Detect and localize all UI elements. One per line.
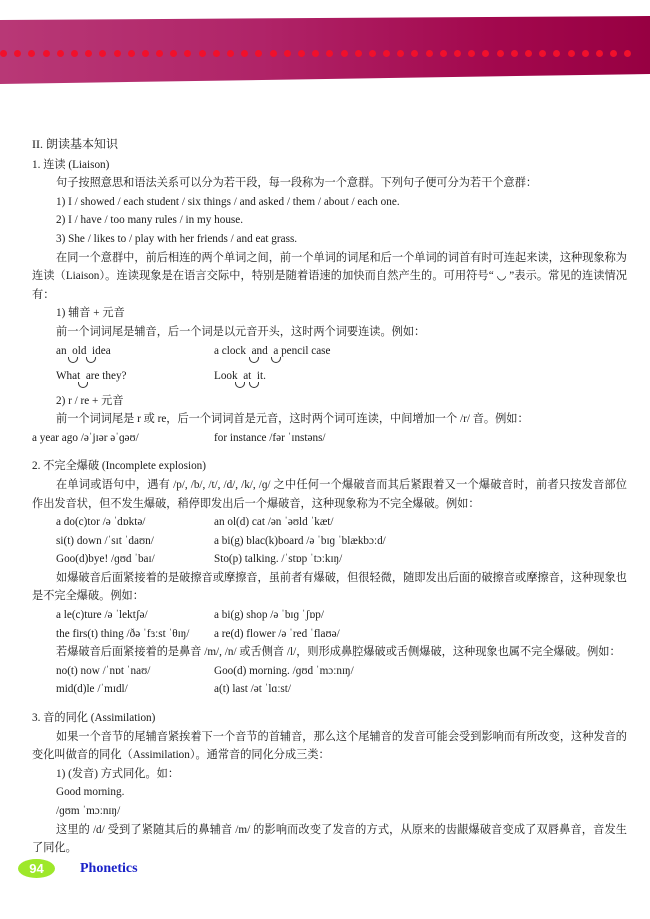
incomplete-explosion-intro: 在单词或语句中，遇有 /p/, /b/, /t/, /d/, /k/, /ɡ/ … (32, 476, 627, 513)
banner-dot-icon (213, 50, 220, 57)
section-title: II. 朗读基本知识 (32, 135, 627, 154)
banner-dot-icon (28, 50, 35, 57)
banner-dot-icon (610, 50, 617, 57)
nasal-explanation: 若爆破音后面紧接着的是鼻音 /m/, /n/ 或舌侧音 /l/，则形成鼻腔爆破或… (32, 643, 627, 662)
banner-dot-icon (170, 50, 177, 57)
banner-dot-icon (525, 50, 532, 57)
banner-dot-icon (99, 50, 106, 57)
assimilation-type1: 1) (发音) 方式同化。如： (32, 765, 627, 784)
banner-dot-icon (596, 50, 603, 57)
assimilation-intro: 如果一个音节的尾辅音紧挨着下一个音节的首辅音，那么这个尾辅音的发音可能会受到影响… (32, 728, 627, 765)
liaison-phrase: Look at it. (214, 370, 266, 382)
banner-dot-icon (199, 50, 206, 57)
example-left: a do(c)tor /ə ˈdɒktə/ (56, 513, 214, 532)
banner-dot-icon (156, 50, 163, 57)
liaison-heading: 1. 连读 (Liaison) (32, 156, 627, 175)
banner-dot-icon (14, 50, 21, 57)
banner-dot-icon (426, 50, 433, 57)
example-row: Goo(d)bye! /ɡʊd ˈbaɪ/ Sto(p) talking. /ˈ… (32, 550, 627, 569)
banner-dot-icon (355, 50, 362, 57)
example-row: a le(c)ture /ə ˈlektʃə/ a bi(g) shop /ə … (32, 606, 627, 625)
liaison-arc-icon (271, 357, 281, 363)
liaison-arc-icon (249, 382, 259, 388)
banner-dot-icon (255, 50, 262, 57)
banner-dot-icon (369, 50, 376, 57)
banner-dot-icon (454, 50, 461, 57)
liaison-intro: 句子按照意思和语法关系可以分为若干段，每一段称为一个意群。下列句子便可分为若干个… (32, 174, 627, 193)
liaison-arc-icon (249, 357, 259, 363)
liaison-explanation: 在同一个意群中，前后相连的两个单词之间，前一个单词的词尾和后一个单词的词首有时可… (32, 249, 627, 305)
example-left: si(t) down /ˈsɪt ˈdaʊn/ (56, 532, 214, 551)
example-row: mid(d)le /ˈmɪdl/ a(t) last /ət ˈlɑːst/ (32, 680, 627, 699)
example-row: si(t) down /ˈsɪt ˈdaʊn/ a bi(g) blac(k)b… (32, 532, 627, 551)
example-row: a do(c)tor /ə ˈdɒktə/ an ol(d) cat /ən ˈ… (32, 513, 627, 532)
example-row: the firs(t) thing /ðə ˈfɜːst ˈθɪŋ/ a re(… (32, 625, 627, 644)
banner-dot-icon (326, 50, 333, 57)
liaison-case2-desc: 前一个词词尾是 r 或 re，后一个词词首是元音，这时两个词可连读，中间增加一个… (32, 410, 627, 429)
banner-dot-icon (397, 50, 404, 57)
example-left: a le(c)ture /ə ˈlektʃə/ (56, 606, 214, 625)
banner-dot-icon (71, 50, 78, 57)
banner-dot-icon (85, 50, 92, 57)
assimilation-explanation: 这里的 /d/ 受到了紧随其后的鼻辅音 /m/ 的影响而改变了发音的方式，从原来… (32, 821, 627, 858)
example-left: mid(d)le /ˈmɪdl/ (56, 680, 214, 699)
banner-dot-icon (468, 50, 475, 57)
liaison-arc-icon (235, 382, 245, 388)
banner-dot-icon (128, 50, 135, 57)
example-right: for instance /fər ˈɪnstəns/ (214, 429, 326, 448)
banner-dot-icon (553, 50, 560, 57)
header-dot-row (0, 50, 650, 60)
page-body: II. 朗读基本知识 1. 连读 (Liaison) 句子按照意思和语法关系可以… (32, 135, 627, 858)
banner-dot-icon (227, 50, 234, 57)
liaison-arc-icon (68, 357, 78, 363)
banner-dot-icon (57, 50, 64, 57)
liaison-phrase: a clock and a pencil case (214, 345, 330, 357)
banner-dot-icon (440, 50, 447, 57)
banner-dot-icon (241, 50, 248, 57)
liaison-arc-icon (86, 357, 96, 363)
example-right: a bi(g) shop /ə ˈbɪɡ ˈʃɒp/ (214, 606, 324, 625)
example-right: an ol(d) cat /ən ˈəʊld ˈkæt/ (214, 513, 334, 532)
liaison-case2-title: 2) r / re + 元音 (32, 392, 627, 411)
banner-dot-icon (624, 50, 631, 57)
banner-dot-icon (312, 50, 319, 57)
banner-dot-icon (184, 50, 191, 57)
example-right: a re(d) flower /ə ˈred ˈflaʊə/ (214, 625, 340, 644)
banner-dot-icon (298, 50, 305, 57)
example-left: no(t) now /ˈnɒt ˈnaʊ/ (56, 662, 214, 681)
banner-dot-icon (497, 50, 504, 57)
liaison-phrase: What are they? (56, 370, 127, 382)
banner-dot-icon (482, 50, 489, 57)
banner-dot-icon (284, 50, 291, 57)
banner-dot-icon (341, 50, 348, 57)
page-number-badge: 94 (18, 859, 55, 878)
liaison-arc-icon (78, 382, 88, 388)
liaison-example-3: 3) She / likes to / play with her friend… (32, 230, 627, 249)
affricate-explanation: 如爆破音后面紧接着的是破擦音或摩擦音，虽前者有爆破，但很轻微，随即发出后面的破擦… (32, 569, 627, 606)
banner-dot-icon (114, 50, 121, 57)
incomplete-explosion-heading: 2. 不完全爆破 (Incomplete explosion) (32, 457, 627, 476)
liaison-example-1: 1) I / showed / each student / six thing… (32, 193, 627, 212)
banner-dot-icon (383, 50, 390, 57)
example-row: no(t) now /ˈnɒt ˈnaʊ/ Goo(d) morning. /ɡ… (32, 662, 627, 681)
banner-dot-icon (511, 50, 518, 57)
banner-dot-icon (270, 50, 277, 57)
example-left: Goo(d)bye! /ɡʊd ˈbaɪ/ (56, 550, 214, 569)
banner-dot-icon (539, 50, 546, 57)
example-right: Goo(d) morning. /ɡʊd ˈmɔːnɪŋ/ (214, 662, 354, 681)
assimilation-heading: 3. 音的同化 (Assimilation) (32, 709, 627, 728)
example-right: a(t) last /ət ˈlɑːst/ (214, 680, 291, 699)
liaison-phrase: an old idea (56, 345, 111, 357)
assimilation-example: Good morning. (32, 783, 627, 802)
banner-dot-icon (582, 50, 589, 57)
example-right: a bi(g) blac(k)board /ə ˈbɪɡ ˈblækbɔːd/ (214, 532, 386, 551)
liaison-example-row: an old idea a clock and a pencil case (32, 342, 627, 367)
liaison-case1-desc: 前一个词词尾是辅音，后一个词是以元音开头，这时两个词要连读。例如： (32, 323, 627, 342)
running-title: Phonetics (80, 859, 138, 878)
liaison-example-row: What are they? Look at it. (32, 367, 627, 392)
example-left: a year ago /əˈjɪər əˈɡəʊ/ (32, 429, 214, 448)
example-right: Sto(p) talking. /ˈstɒp ˈtɔːkɪŋ/ (214, 550, 342, 569)
liaison-case1-title: 1) 辅音 + 元音 (32, 304, 627, 323)
example-row: a year ago /əˈjɪər əˈɡəʊ/ for instance /… (32, 429, 627, 448)
banner-dot-icon (0, 50, 7, 57)
banner-dot-icon (142, 50, 149, 57)
example-left: the firs(t) thing /ðə ˈfɜːst ˈθɪŋ/ (56, 625, 214, 644)
assimilation-phonetic: /ɡʊm ˈmɔːnɪŋ/ (32, 802, 627, 821)
banner-dot-icon (411, 50, 418, 57)
liaison-example-2: 2) I / have / too many rules / in my hou… (32, 211, 627, 230)
banner-dot-icon (43, 50, 50, 57)
banner-dot-icon (568, 50, 575, 57)
